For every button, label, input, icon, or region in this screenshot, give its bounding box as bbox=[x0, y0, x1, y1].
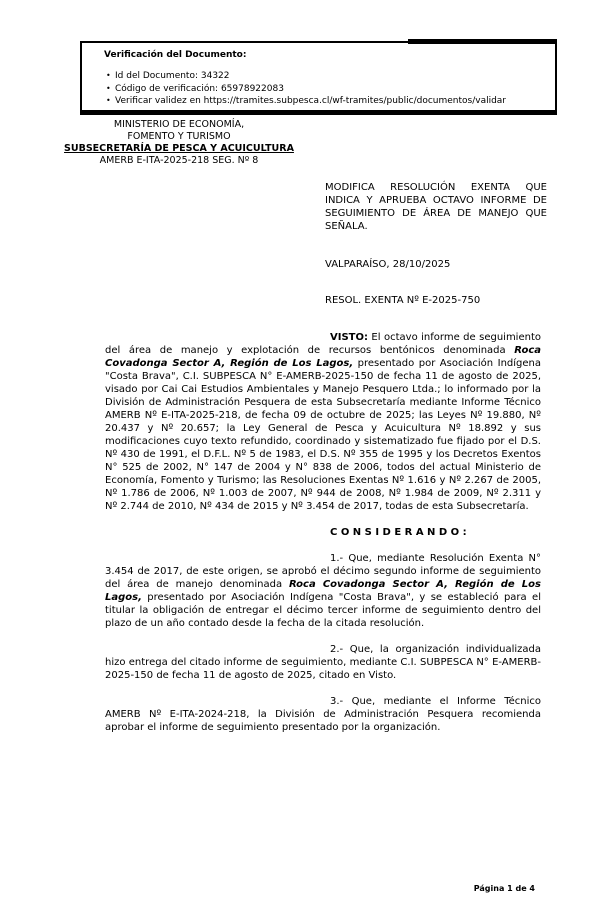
verification-box-top-bar bbox=[408, 39, 557, 44]
bullet-icon: • bbox=[106, 70, 115, 83]
page-number: Página 1 de 4 bbox=[474, 884, 535, 893]
letterhead-subsecretaria: SUBSECRETARÍA DE PESCA Y ACUICULTURA bbox=[55, 143, 303, 155]
ministry-letterhead: MINISTERIO DE ECONOMÍA, FOMENTO Y TURISM… bbox=[55, 119, 303, 167]
considerando-item-2: 2.- Que, la organización individualizada… bbox=[105, 643, 541, 682]
verification-box: Verificación del Documento: • Id del Doc… bbox=[80, 41, 557, 115]
considerando-item-1: 1.- Que, mediante Resolución Exenta N° 3… bbox=[105, 552, 541, 630]
letterhead-file-reference: AMERB E-ITA-2025-218 SEG. Nº 8 bbox=[55, 155, 303, 167]
letterhead-ministry-line1: MINISTERIO DE ECONOMÍA, bbox=[55, 119, 303, 131]
verification-item-url: • Verificar validez en https://tramites.… bbox=[104, 95, 547, 108]
verification-item-text: Id del Documento: 34322 bbox=[115, 70, 547, 83]
city-date: VALPARAÍSO, 28/10/2025 bbox=[325, 259, 450, 270]
considerando-item-1-after: presentado por Asociación Indígena "Cost… bbox=[105, 592, 541, 629]
bullet-icon: • bbox=[106, 95, 115, 108]
considerando-heading: C O N S I D E R A N D O : bbox=[105, 526, 541, 539]
verification-item-text: Código de verificación: 65978922083 bbox=[115, 83, 547, 96]
resolution-title: MODIFICA RESOLUCIÓN EXENTA QUE INDICA Y … bbox=[325, 181, 547, 233]
verification-url-text: Verificar validez en https://tramites.su… bbox=[115, 95, 547, 108]
visto-label: VISTO: bbox=[330, 332, 368, 343]
verification-list: • Id del Documento: 34322 • Código de ve… bbox=[104, 70, 547, 108]
document-page: Verificación del Documento: • Id del Doc… bbox=[0, 0, 600, 918]
considerando-item-3: 3.- Que, mediante el Informe Técnico AME… bbox=[105, 695, 541, 734]
verification-item-document-id: • Id del Documento: 34322 bbox=[104, 70, 547, 83]
resolution-number: RESOL. EXENTA Nº E-2025-750 bbox=[325, 295, 480, 306]
verification-item-code: • Código de verificación: 65978922083 bbox=[104, 83, 547, 96]
visto-paragraph: VISTO: El octavo informe de seguimiento … bbox=[105, 331, 541, 513]
visto-text-after: presentado por Asociación Indígena "Cost… bbox=[105, 358, 541, 512]
document-body: VISTO: El octavo informe de seguimiento … bbox=[105, 331, 541, 747]
verification-box-title: Verificación del Documento: bbox=[104, 50, 547, 61]
visto-text-before: El octavo informe de seguimiento del áre… bbox=[105, 332, 541, 356]
letterhead-ministry-line2: FOMENTO Y TURISMO bbox=[55, 131, 303, 143]
bullet-icon: • bbox=[106, 83, 115, 96]
